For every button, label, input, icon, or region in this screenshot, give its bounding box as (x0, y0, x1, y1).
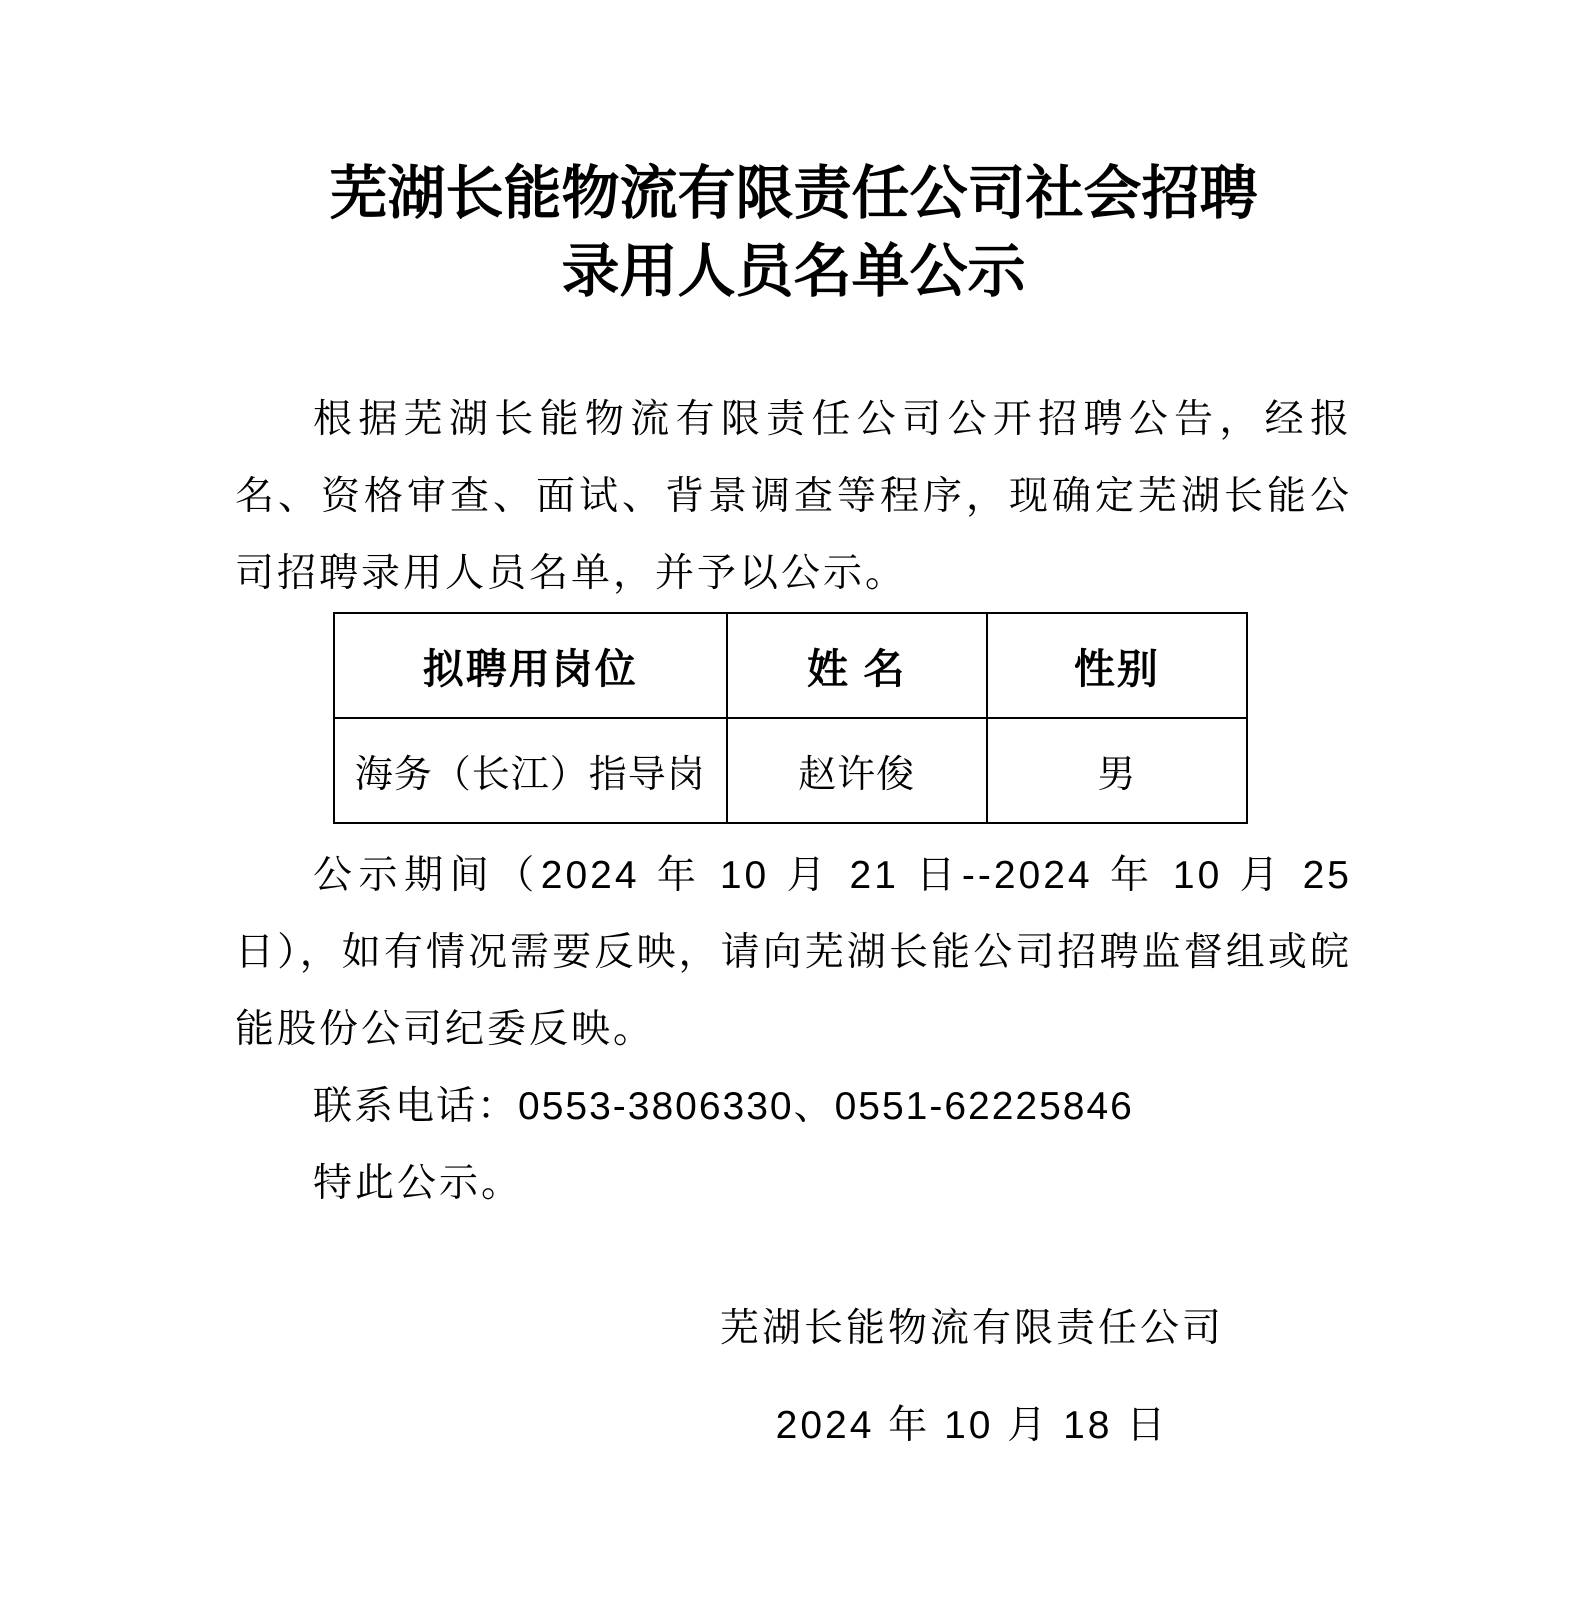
table-row: 海务（长江）指导岗 赵许俊 男 (334, 718, 1247, 823)
intro-paragraph: 根据芜湖长能物流有限责任公司公开招聘公告，经报名、资格审查、面试、背景调查等程序… (235, 381, 1352, 612)
signature-date: 2024 年 10 月 18 日 (592, 1377, 1352, 1474)
title-line-2: 录用人员名单公示 (235, 233, 1352, 311)
page: { "page": { "background": "#ffffff", "te… (0, 0, 1587, 1598)
signature-block: 芜湖长能物流有限责任公司 2024 年 10 月 18 日 (592, 1280, 1352, 1474)
cell-name: 赵许俊 (727, 718, 987, 823)
cell-position: 海务（长江）指导岗 (334, 718, 727, 823)
column-header-gender: 性别 (987, 613, 1247, 718)
contact-numbers: 0553-3806330、0551-62225846 (518, 1085, 1134, 1128)
notice-paragraph: 公示期间（2024 年 10 月 21 日--2024 年 10 月 25 日）… (235, 837, 1352, 1068)
title-line-1: 芜湖长能物流有限责任公司社会招聘 (235, 155, 1352, 233)
announcement-document: 芜湖长能物流有限责任公司社会招聘 录用人员名单公示 根据芜湖长能物流有限责任公司… (0, 155, 1587, 1474)
signature-company: 芜湖长能物流有限责任公司 (592, 1280, 1352, 1377)
closing-line: 特此公示。 (235, 1145, 1352, 1222)
cell-gender: 男 (987, 718, 1247, 823)
table-header-row: 拟聘用岗位 姓 名 性别 (334, 613, 1247, 718)
hired-roster-table: 拟聘用岗位 姓 名 性别 海务（长江）指导岗 赵许俊 男 (333, 612, 1248, 824)
column-header-name: 姓 名 (727, 613, 987, 718)
column-header-position: 拟聘用岗位 (334, 613, 727, 718)
contact-label: 联系电话： (313, 1085, 518, 1128)
page-title: 芜湖长能物流有限责任公司社会招聘 录用人员名单公示 (235, 155, 1352, 311)
contact-line: 联系电话：0553-3806330、0551-62225846 (235, 1068, 1352, 1145)
